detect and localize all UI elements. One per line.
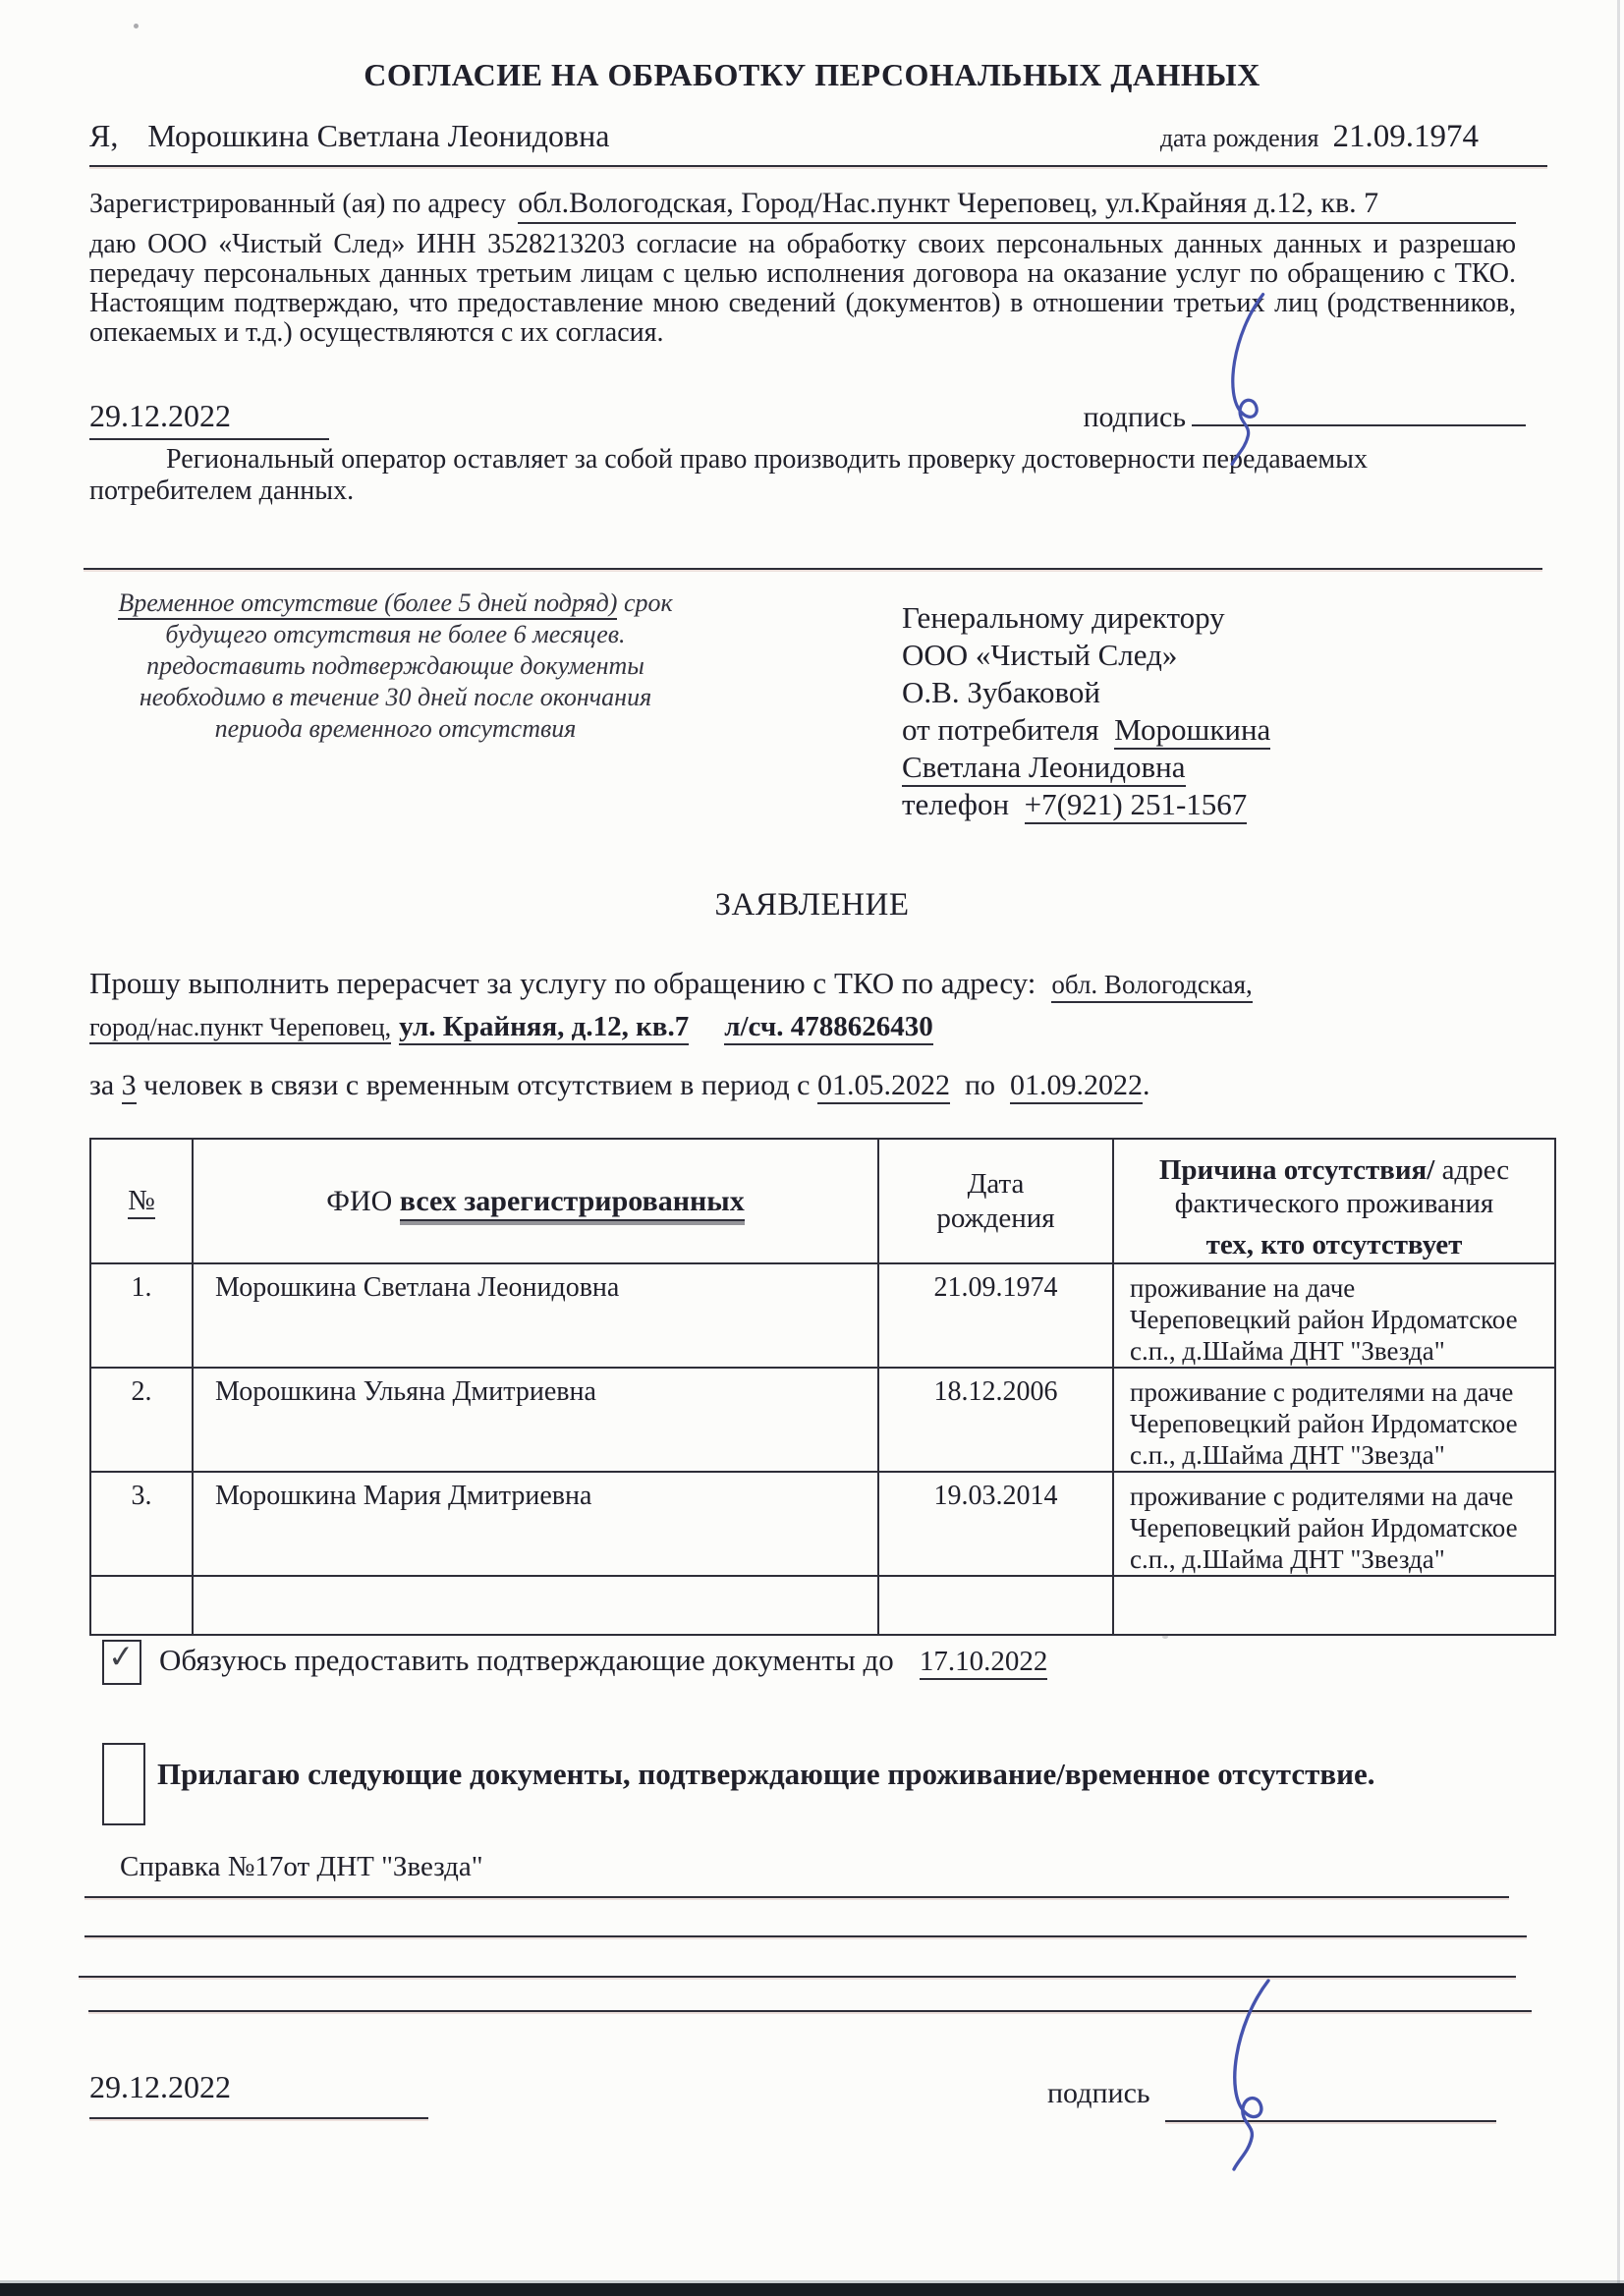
header-reason-line3: тех, кто отсутствует bbox=[1206, 1229, 1463, 1263]
addressee-line: Генеральному директору bbox=[902, 599, 1270, 637]
row-dob: 18.12.2006 bbox=[878, 1368, 1113, 1472]
row-fio: Морошкина Мария Дмитриевна bbox=[193, 1472, 878, 1576]
scan-speck bbox=[1162, 1635, 1168, 1639]
phone-label: телефон bbox=[902, 787, 1009, 821]
row-dob: 21.09.1974 bbox=[878, 1263, 1113, 1368]
addressee-phone-line: телефон +7(921) 251-1567 bbox=[902, 786, 1270, 823]
absence-note: Временное отсутствие (более 5 дней подря… bbox=[93, 588, 698, 745]
declarant-row: Я, Морошкина Светлана Леонидовна дата ро… bbox=[89, 118, 1547, 167]
row-dob: 19.03.2014 bbox=[878, 1472, 1113, 1576]
scan-speck bbox=[134, 24, 139, 28]
absence-note-line: необходимо в течение 30 дней после оконч… bbox=[93, 682, 698, 713]
header-reason-line2: фактического проживания bbox=[1115, 1187, 1553, 1220]
dob-label: дата рождения bbox=[1160, 124, 1319, 153]
scan-edge-bottom bbox=[0, 2283, 1624, 2296]
period-from: 01.05.2022 bbox=[817, 1069, 950, 1104]
header-dob-line: рождения bbox=[880, 1202, 1111, 1236]
docs-attached-checkbox[interactable] bbox=[102, 1743, 145, 1825]
application-heading: ЗАЯВЛЕНИЕ bbox=[0, 887, 1624, 924]
absence-note-line: периода временного отсутствия bbox=[93, 713, 698, 745]
registered-address: обл.Вологодская, Город/Нас.пункт Черепов… bbox=[518, 187, 1516, 224]
table-row: 3. Морошкина Мария Дмитриевна 19.03.2014… bbox=[90, 1472, 1555, 1576]
row-reason: проживание с родителями на дачеЧереповец… bbox=[1113, 1368, 1555, 1472]
request-prefix: Прошу выполнить перерасчет за услугу по … bbox=[89, 966, 1036, 1001]
account-number: л/сч. 4788626430 bbox=[724, 1011, 932, 1045]
period-middle: человек в связи с временным отсутствием … bbox=[143, 1069, 810, 1101]
table-header-row: № ФИО всех зарегистрированных Дата рожде… bbox=[90, 1139, 1555, 1263]
section-divider bbox=[84, 568, 1542, 570]
row-reason: проживание с родителями на дачеЧереповец… bbox=[1113, 1472, 1555, 1576]
header-num: № bbox=[128, 1185, 155, 1219]
footer-date-line bbox=[89, 2117, 428, 2119]
table-row-empty bbox=[90, 1576, 1555, 1635]
header-fio-prefix: ФИО bbox=[326, 1185, 392, 1217]
period-prefix: за bbox=[89, 1069, 114, 1101]
registered-prefix: Зарегистрированный (ая) по адресу bbox=[89, 189, 506, 220]
blank-line bbox=[84, 1935, 1527, 1937]
header-dob-line: Дата bbox=[880, 1167, 1111, 1202]
request-address-city: город/нас.пункт Череповец, bbox=[89, 1013, 391, 1044]
header-fio-underlined: всех зарегистрированных bbox=[400, 1185, 745, 1221]
consumer-name-part: Морошкина bbox=[1114, 712, 1270, 750]
period-to-label: по bbox=[965, 1069, 995, 1101]
row-reason: проживание на дачеЧереповецкий район Ирд… bbox=[1113, 1263, 1555, 1368]
phone-value: +7(921) 251-1567 bbox=[1025, 787, 1248, 824]
attachment-line: Справка №17от ДНТ "Звезда" bbox=[120, 1851, 483, 1883]
row-num: 2. bbox=[90, 1368, 193, 1472]
period-suffix: . bbox=[1143, 1069, 1150, 1101]
check-icon: ✓ bbox=[107, 1637, 136, 1676]
docs-commitment-checkbox[interactable]: ✓ bbox=[102, 1640, 141, 1685]
absence-note-line: будущего отсутствия не более 6 месяцев. bbox=[93, 619, 698, 650]
request-address-street: ул. Крайняя, д.12, кв.7 bbox=[399, 1011, 689, 1045]
signature-label: подпись bbox=[1083, 401, 1186, 434]
footer-signature-label: подпись bbox=[1047, 2077, 1150, 2110]
table-row: 1. Морошкина Светлана Леонидовна 21.09.1… bbox=[90, 1263, 1555, 1368]
scan-edge-right bbox=[1617, 0, 1620, 2296]
absence-note-underlined: Временное отсутствие (более 5 дней подря… bbox=[118, 588, 617, 620]
addressee-name-line: Светлана Леонидовна bbox=[902, 749, 1270, 786]
consent-body-line: передачу персональных данных третьим лиц… bbox=[89, 259, 1516, 289]
table-row: 2. Морошкина Ульяна Дмитриевна 18.12.200… bbox=[90, 1368, 1555, 1472]
docs-commitment-date: 17.10.2022 bbox=[920, 1646, 1048, 1680]
period-line: за 3 человек в связи с временным отсутст… bbox=[89, 1069, 1150, 1102]
consent-body-line: даю ООО «Чистый След» ИНН 3528213203 сог… bbox=[89, 230, 1516, 259]
scanned-consent-document: СОГЛАСИЕ НА ОБРАБОТКУ ПЕРСОНАЛЬНЫХ ДАННЫ… bbox=[0, 0, 1624, 2296]
request-block: Прошу выполнить перерасчет за услугу по … bbox=[89, 966, 1534, 1043]
docs-commitment-label: Обязуюсь предоставить подтверждающие док… bbox=[159, 1643, 1047, 1678]
addressee-from-line: от потребителя Морошкина bbox=[902, 711, 1270, 749]
addressee-block: Генеральному директору ООО «Чистый След»… bbox=[902, 599, 1270, 823]
row-fio: Морошкина Светлана Леонидовна bbox=[193, 1263, 878, 1368]
row-fio: Морошкина Ульяна Дмитриевна bbox=[193, 1368, 878, 1472]
registered-persons-table: № ФИО всех зарегистрированных Дата рожде… bbox=[89, 1138, 1556, 1636]
docs-attached-label: Прилагаю следующие документы, подтвержда… bbox=[157, 1757, 1375, 1792]
row-num: 3. bbox=[90, 1472, 193, 1576]
addressee-line: О.В. Зубаковой bbox=[902, 674, 1270, 711]
header-reason-line1: Причина отсутствия/ адрес bbox=[1115, 1153, 1553, 1187]
from-label: от потребителя bbox=[902, 712, 1099, 747]
absence-note-line: предоставить подтверждающие документы bbox=[93, 650, 698, 682]
i-label: Я, bbox=[89, 118, 118, 154]
row-num: 1. bbox=[90, 1263, 193, 1368]
declarant-name: Морошкина Светлана Леонидовна bbox=[147, 118, 609, 154]
dob-value: 21.09.1974 bbox=[1333, 119, 1480, 155]
people-count: 3 bbox=[122, 1069, 137, 1104]
signature-scribble-top bbox=[1177, 291, 1324, 468]
period-to: 01.09.2022 bbox=[1010, 1069, 1143, 1104]
row-num bbox=[90, 1576, 193, 1635]
addressee-line: ООО «Чистый След» bbox=[902, 637, 1270, 674]
consent-date: 29.12.2022 bbox=[89, 398, 329, 440]
footer-date: 29.12.2022 bbox=[89, 2069, 231, 2105]
consumer-name-part: Светлана Леонидовна bbox=[902, 750, 1186, 787]
blank-line bbox=[84, 1896, 1509, 1898]
document-title: СОГЛАСИЕ НА ОБРАБОТКУ ПЕРСОНАЛЬНЫХ ДАННЫ… bbox=[0, 57, 1624, 93]
request-address-region: обл. Вологодская, bbox=[1051, 970, 1252, 1003]
signature-scribble-bottom bbox=[1171, 1977, 1338, 2173]
absence-note-rest: срок bbox=[617, 588, 672, 617]
row-fio bbox=[193, 1576, 878, 1635]
row-reason bbox=[1113, 1576, 1555, 1635]
row-dob bbox=[878, 1576, 1113, 1635]
